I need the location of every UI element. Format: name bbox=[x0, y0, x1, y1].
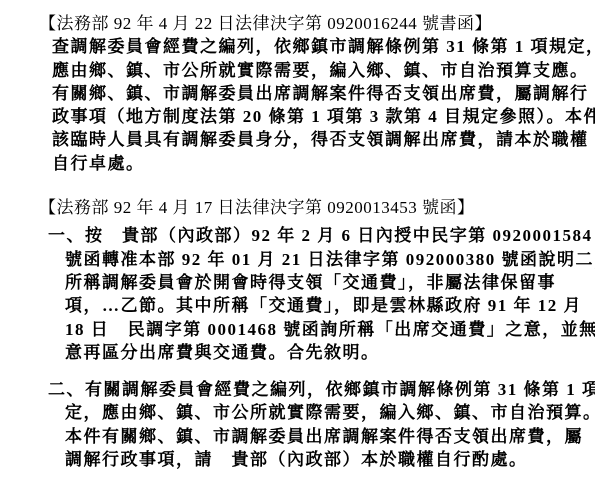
letter-section: 【法務部 92 年 4 月 17 日法律決字第 0920013453 號函】一、… bbox=[0, 196, 595, 471]
document-body: 【法務部 92 年 4 月 22 日法律決字第 0920016244 號書函】查… bbox=[0, 12, 595, 471]
text-line: 一、按 貴部（內政部）92 年 2 月 6 日內授中民字第 0920001584 bbox=[48, 224, 595, 247]
text-line: 所稱調解委員會於開會時得支領「交通費」，非屬法律保留事 bbox=[65, 271, 595, 294]
text-line: 有關鄉、鎮、市調解委員出席調解案件得否支領出席費，屬調解行 bbox=[52, 82, 595, 105]
section-heading: 【法務部 92 年 4 月 22 日法律決字第 0920016244 號書函】 bbox=[39, 12, 595, 35]
line-text: 有關調解委員會經費之編列，依鄉鎮市調解條例第 31 條第 1 項 bbox=[85, 380, 595, 399]
text-line: 查調解委員會經費之編列，依鄉鎮市調解條例第 31 條第 1 項規定， bbox=[52, 35, 595, 58]
body-paragraph: 查調解委員會經費之編列，依鄉鎮市調解條例第 31 條第 1 項規定，應由鄉、鎮、… bbox=[0, 35, 595, 175]
item-number-label: 一、 bbox=[48, 226, 85, 245]
section-heading: 【法務部 92 年 4 月 17 日法律決字第 0920013453 號函】 bbox=[39, 196, 595, 219]
text-line: 該臨時人員具有調解委員身分，得否支領調解出席費，請本於職權 bbox=[52, 128, 595, 151]
text-line: 定，應由鄉、鎮、市公所就實際需要，編入鄉、鎮、市自治預算。 bbox=[65, 401, 595, 424]
text-line: 政事項（地方制度法第 20 條第 1 項第 3 款第 4 目規定參照）。本件 bbox=[52, 105, 595, 128]
text-line: 項，…乙節。其中所稱「交通費」，即是雲林縣政府 91 年 12 月 bbox=[65, 294, 595, 317]
text-line: 二、有關調解委員會經費之編列，依鄉鎮市調解條例第 31 條第 1 項 bbox=[48, 378, 595, 401]
text-line: 號函轉准本部 92 年 01 月 21 日法律字第 092000380 號函說明… bbox=[65, 248, 595, 271]
document-page: 【法務部 92 年 4 月 22 日法律決字第 0920016244 號書函】查… bbox=[0, 0, 595, 496]
numbered-item: 一、按 貴部（內政部）92 年 2 月 6 日內授中民字第 0920001584… bbox=[0, 224, 595, 364]
numbered-item: 二、有關調解委員會經費之編列，依鄉鎮市調解條例第 31 條第 1 項定，應由鄉、… bbox=[0, 378, 595, 471]
item-number-label: 二、 bbox=[48, 380, 85, 399]
text-line: 意再區分出席費與交通費。合先敘明。 bbox=[65, 341, 595, 364]
text-line: 自行卓處。 bbox=[52, 152, 595, 175]
text-line: 本件有關鄉、鎮、市調解委員出席調解案件得否支領出席費，屬 bbox=[65, 425, 595, 448]
text-line: 應由鄉、鎮、市公所就實際需要，編入鄉、鎮、市自治預算支應。 bbox=[52, 59, 595, 82]
line-text: 按 貴部（內政部）92 年 2 月 6 日內授中民字第 0920001584 bbox=[85, 226, 593, 245]
letter-section: 【法務部 92 年 4 月 22 日法律決字第 0920016244 號書函】查… bbox=[0, 12, 595, 175]
text-line: 18 日 民調字第 0001468 號函詢所稱「出席交通費」之意，並無 bbox=[65, 318, 595, 341]
text-line: 調解行政事項，請 貴部（內政部）本於職權自行酌處。 bbox=[65, 448, 595, 471]
